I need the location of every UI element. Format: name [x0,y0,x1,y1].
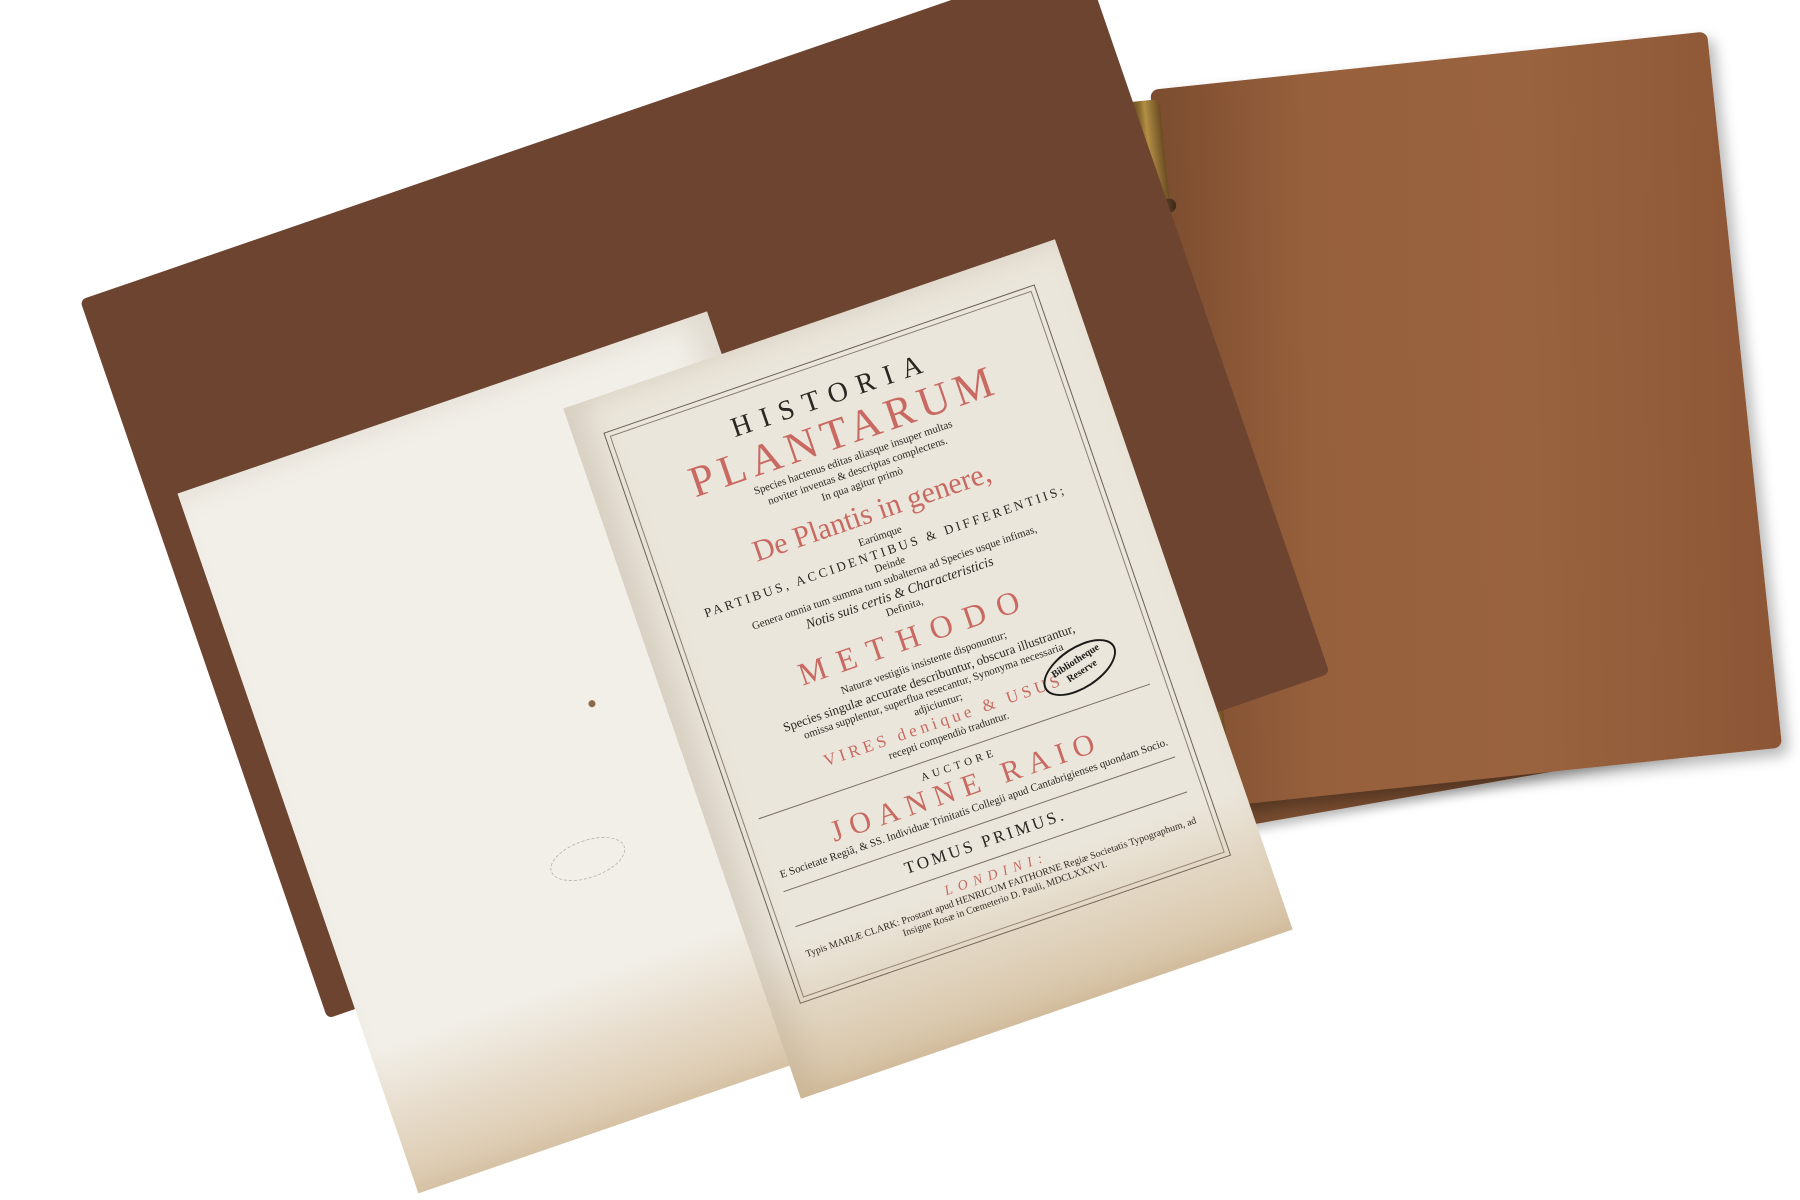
faded-library-stamp [545,828,631,889]
foxing-spot [588,699,597,708]
